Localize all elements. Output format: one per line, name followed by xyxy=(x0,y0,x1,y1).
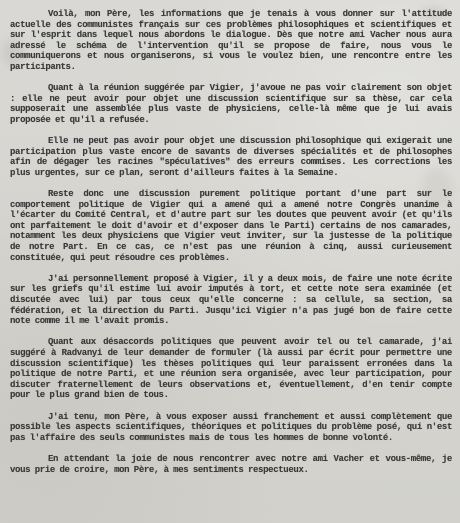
paragraph-note-ecrite: J'ai personnellement proposé à Vigier, i… xyxy=(10,274,452,327)
paragraph-intro-dialogue: Voilà, mon Père, les informations que je… xyxy=(10,9,452,73)
paragraph-discussion-philo: Elle ne peut pas avoir pour objet une di… xyxy=(10,136,452,178)
paragraph-salutation: En attendant la joie de nous rencontrer … xyxy=(10,454,452,475)
paragraph-reunion-vigier: Quant à la réunion suggérée par Vigier, … xyxy=(10,83,452,125)
paragraph-desaccords-radvanyi: Quant aux désaccords politiques que peuv… xyxy=(10,337,452,401)
letter-body: Voilà, mon Père, les informations que je… xyxy=(10,9,452,475)
letter-page: Voilà, mon Père, les informations que je… xyxy=(0,0,460,523)
paragraph-discussion-politique: Reste donc une discussion purement polit… xyxy=(10,189,452,263)
paragraph-conclusion-expose: J'ai tenu, mon Père, à vous exposer auss… xyxy=(10,412,452,444)
